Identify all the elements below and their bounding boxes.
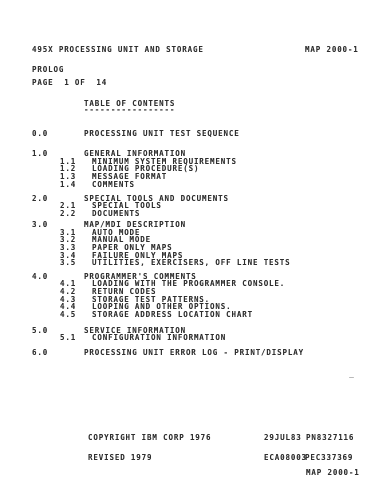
toc-item-title: STORAGE ADDRESS LOCATION CHART <box>92 311 253 319</box>
toc-item-title: CONFIGURATION INFORMATION <box>92 334 226 342</box>
map-reference-footer: MAP 2000-1 <box>306 469 360 477</box>
toc-item-number: 1.4 <box>60 181 76 189</box>
scan-speckle-artifact <box>349 377 354 378</box>
toc-item-number: 5.1 <box>60 334 76 342</box>
part-number: PN8327116 <box>306 434 354 442</box>
toc-item-title: UTILITIES, EXERCISERS, OFF LINE TESTS <box>92 259 291 267</box>
map-reference-header: MAP 2000-1 <box>305 46 359 54</box>
toc-item-number: 3.5 <box>60 259 76 267</box>
revision-date: 29JUL83 <box>264 434 302 442</box>
toc-item-number: 4.5 <box>60 311 76 319</box>
page-number-line: PAGE 1 OF 14 <box>32 79 107 87</box>
toc-section-title: PROCESSING UNIT ERROR LOG - PRINT/DISPLA… <box>84 349 304 357</box>
document-page: 495X PROCESSING UNIT AND STORAGE MAP 200… <box>0 0 387 500</box>
toc-section-number: 4.0 <box>32 273 48 281</box>
revised-line: REVISED 1979 <box>88 454 152 462</box>
toc-section-number: 5.0 <box>32 327 48 335</box>
toc-underline: ----------------- <box>84 106 175 114</box>
toc-section-number: 6.0 <box>32 349 48 357</box>
toc-section-title: PROCESSING UNIT TEST SEQUENCE <box>84 130 240 138</box>
eca-number: ECA08003 <box>264 454 307 462</box>
copyright-line: COPYRIGHT IBM CORP 1976 <box>88 434 211 442</box>
toc-item-number: 2.2 <box>60 210 76 218</box>
pec-number: PEC337369 <box>305 454 353 462</box>
toc-section-number: 3.0 <box>32 221 48 229</box>
toc-section-number: 1.0 <box>32 150 48 158</box>
toc-section-number: 0.0 <box>32 130 48 138</box>
toc-section-number: 2.0 <box>32 195 48 203</box>
toc-item-title: COMMENTS <box>92 181 135 189</box>
prolog-label: PROLOG <box>32 66 64 74</box>
toc-item-title: DOCUMENTS <box>92 210 140 218</box>
doc-title: 495X PROCESSING UNIT AND STORAGE <box>32 46 204 54</box>
